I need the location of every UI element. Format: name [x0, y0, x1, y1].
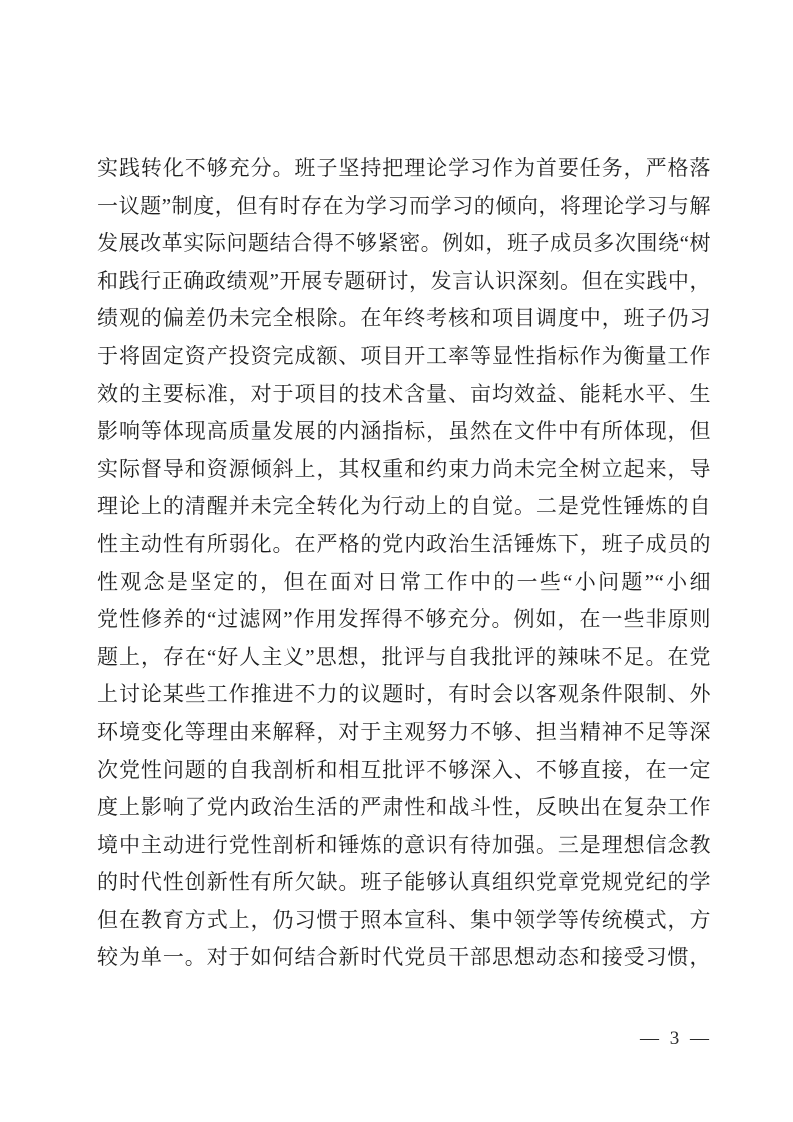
text-line: 较为单一。对于如何结合新时代党员干部思想动态和接受习惯，运: [97, 939, 711, 977]
text-line: 党性修养的“过滤网”作用发挥得不够充分。例如，在一些非原则性问: [97, 601, 711, 639]
text-line: 绩观的偏差仍未完全根除。在年终考核和项目调度中，班子仍习惯: [97, 300, 711, 338]
text-line: 实践转化不够充分。班子坚持把理论学习作为首要任务，严格落实“第: [97, 150, 711, 188]
text-line: 环境变化等理由来解释，对于主观努力不够、担当精神不足等深层: [97, 714, 711, 752]
text-line: 次党性问题的自我剖析和相互批评不够深入、不够直接，在一定程: [97, 752, 711, 790]
document-page: 实践转化不够充分。班子坚持把理论学习作为首要任务，严格落实“第 一议题”制度，但…: [0, 0, 793, 1122]
text-line: 和践行正确政绩观”开展专题研讨，发言认识深刻。但在实践中，政: [97, 263, 711, 301]
text-line: 的时代性创新性有所欠缺。班子能够认真组织党章党规党纪的学习，: [97, 864, 711, 902]
text-line: 实际督导和资源倾斜上，其权重和约束力尚未完全树立起来，导致: [97, 451, 711, 489]
text-line: 效的主要标准，对于项目的技术含量、亩均效益、能耗水平、生态: [97, 376, 711, 414]
body-text: 实践转化不够充分。班子坚持把理论学习作为首要任务，严格落实“第 一议题”制度，但…: [97, 150, 711, 977]
text-line: 性观念是坚定的，但在面对日常工作中的一些“小问题”“小细节”时，: [97, 564, 711, 602]
text-line: 但在教育方式上，仍习惯于照本宣科、集中领学等传统模式，方式: [97, 902, 711, 940]
text-line: 一议题”制度，但有时存在为学习而学习的倾向，将理论学习与解决: [97, 188, 711, 226]
page-number: — 3 —: [0, 1028, 712, 1050]
text-line: 上讨论某些工作推进不力的议题时，有时会以客观条件限制、外部: [97, 676, 711, 714]
text-line: 性主动性有所弱化。在严格的党内政治生活锤炼下，班子成员的党: [97, 526, 711, 564]
text-line: 度上影响了党内政治生活的严肃性和战斗性，反映出在复杂工作环: [97, 789, 711, 827]
text-line: 发展改革实际问题结合得不够紧密。例如，班子成员多次围绕“树立: [97, 225, 711, 263]
text-line: 理论上的清醒并未完全转化为行动上的自觉。二是党性锤炼的自觉: [97, 488, 711, 526]
text-line: 题上，存在“好人主义”思想，批评与自我批评的辣味不足。在党组会: [97, 639, 711, 677]
text-line: 于将固定资产投资完成额、项目开工率等显性指标作为衡量工作成: [97, 338, 711, 376]
text-line: 影响等体现高质量发展的内涵指标，虽然在文件中有所体现，但在: [97, 413, 711, 451]
text-line: 境中主动进行党性剖析和锤炼的意识有待加强。三是理想信念教育: [97, 827, 711, 865]
